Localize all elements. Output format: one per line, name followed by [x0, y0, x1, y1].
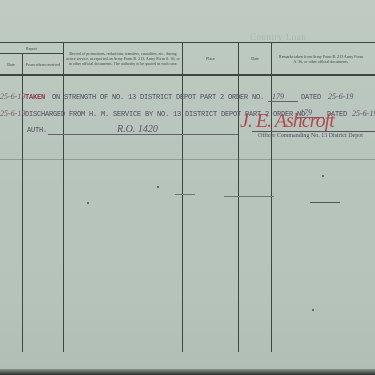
- entry-1-dated-value: 25-6-19: [328, 92, 353, 101]
- entry-2-dated-value: 25-6-19: [352, 109, 375, 118]
- entry-1-dated-label: DATED: [301, 94, 321, 102]
- header-date-2: Date: [239, 43, 271, 74]
- faint-dash: [224, 196, 274, 197]
- faint-dash: [310, 202, 340, 203]
- signature-line: [252, 131, 375, 132]
- entry-2-date: 25-6-19: [0, 109, 25, 118]
- faint-dash: [175, 194, 195, 195]
- record-sheet: Country Loan Report Date From whom recei…: [0, 0, 375, 372]
- auth-value: R.O. 1420: [117, 124, 158, 135]
- page-bottom-edge: [0, 369, 375, 375]
- column-divider-3: [182, 42, 183, 352]
- header-place: Place: [183, 43, 238, 74]
- auth-label: AUTH.: [27, 127, 47, 135]
- column-divider-1b: [22, 160, 23, 352]
- officer-title: Officer Commanding No. 13 District Depot: [258, 133, 363, 139]
- paper-speck: [87, 202, 89, 204]
- header-date: Date: [0, 54, 22, 74]
- header-report: Report: [0, 43, 63, 53]
- entry-1-prefix: TAKEN: [25, 94, 45, 102]
- header-from-whom: From whom received: [23, 54, 63, 74]
- entry-1-order-no: 179: [272, 92, 284, 101]
- header-bottom-rule: [0, 74, 375, 76]
- column-divider-4: [238, 42, 239, 352]
- officer-signature: J. E. Ashcroft: [240, 110, 334, 133]
- entry-1-text: ON STRENGTH OF NO. 13 DISTRICT DEPOT PAR…: [52, 94, 264, 102]
- header-remarks: Remarks taken from Army Form B. 213 Army…: [278, 43, 364, 74]
- paper-speck: [322, 175, 324, 177]
- faint-header-text: Country Loan: [250, 32, 306, 42]
- order-no-line-1: [268, 101, 298, 102]
- paper-speck: [312, 309, 314, 311]
- paper-speck: [157, 186, 159, 188]
- header-record: Record of promotions, reductions, transf…: [66, 43, 180, 74]
- entries-divider: [0, 159, 375, 160]
- column-divider-2: [63, 42, 64, 352]
- column-divider-5: [271, 42, 272, 352]
- entry-1-date: 25-6-19: [0, 92, 25, 101]
